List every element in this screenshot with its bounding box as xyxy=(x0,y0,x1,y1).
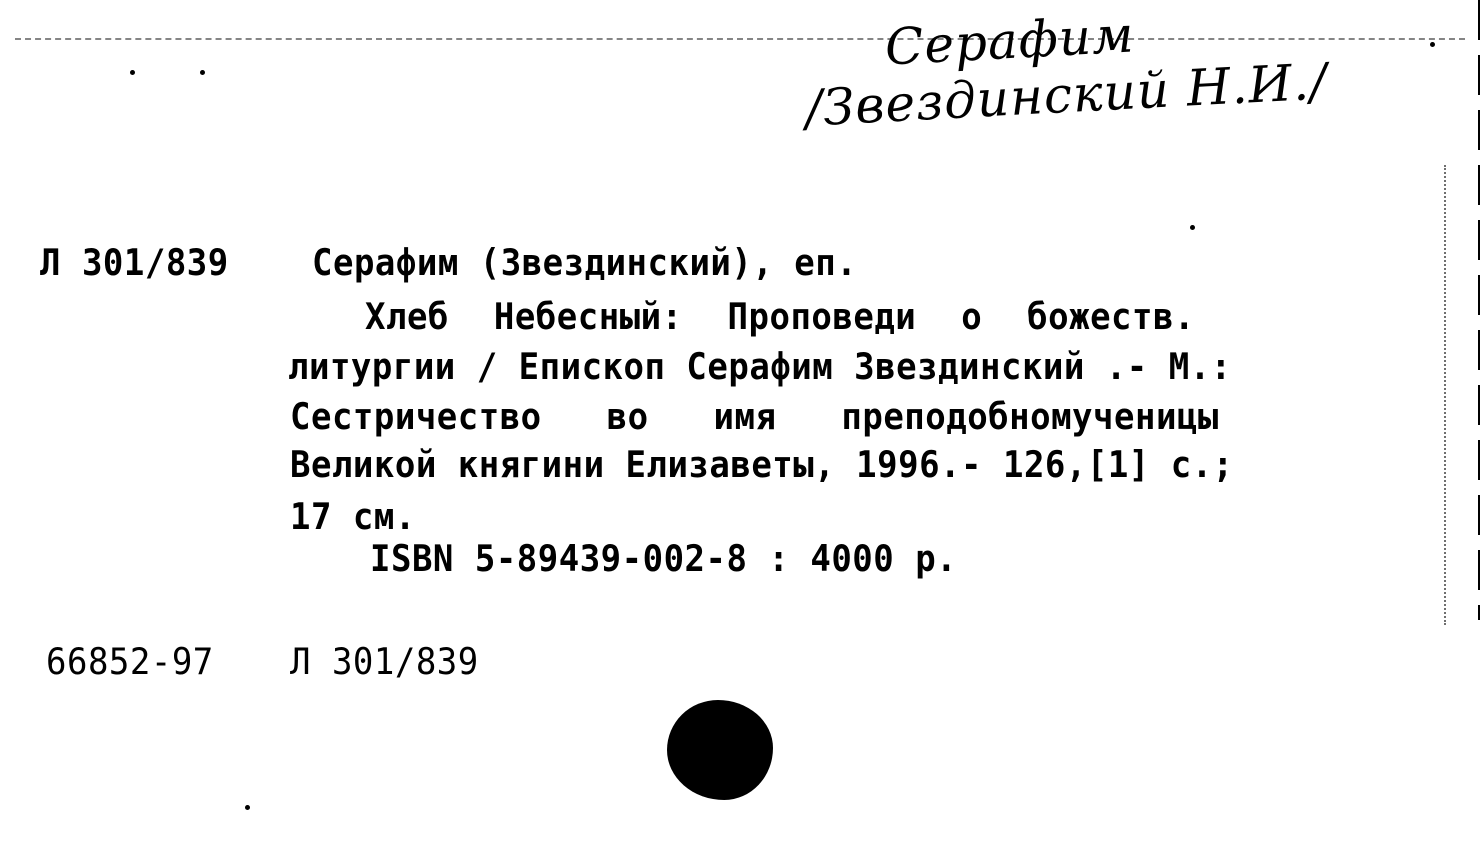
publisher-line: Сестричество во имя преподобномученицы xyxy=(290,399,1219,436)
punch-hole xyxy=(667,700,773,800)
scan-speck xyxy=(1430,42,1435,47)
handwritten-name: Серафим xyxy=(884,10,1136,73)
scan-speck xyxy=(1190,225,1195,230)
scan-speck xyxy=(130,70,135,75)
shelf-mark: Л 301/839 xyxy=(40,245,229,282)
inventory-number: 66852-97 xyxy=(46,644,214,681)
scan-artifact-line xyxy=(1444,165,1446,625)
author-heading: Серафим (Звездинский), еп. xyxy=(312,245,857,282)
title-line: Хлеб Небесный: Проповеди о божеств. xyxy=(365,299,1195,336)
shelf-mark-bottom: Л 301/839 xyxy=(290,644,479,681)
isbn-line: ISBN 5-89439-002-8 : 4000 р. xyxy=(370,541,957,578)
description-line: литургии / Епископ Серафим Звездинский .… xyxy=(288,349,1232,386)
catalog-card: Серафим /Звездинский Н.И./ Л 301/839 Сер… xyxy=(0,0,1480,850)
dashed-rule xyxy=(15,38,1465,40)
handwritten-surname: /Звездинский Н.И./ xyxy=(804,56,1329,133)
dimensions-line: 17 см. xyxy=(290,499,416,536)
scan-speck xyxy=(245,805,250,810)
scan-speck xyxy=(200,70,205,75)
imprint-line: Великой княгини Елизаветы, 1996.- 126,[1… xyxy=(290,447,1234,484)
